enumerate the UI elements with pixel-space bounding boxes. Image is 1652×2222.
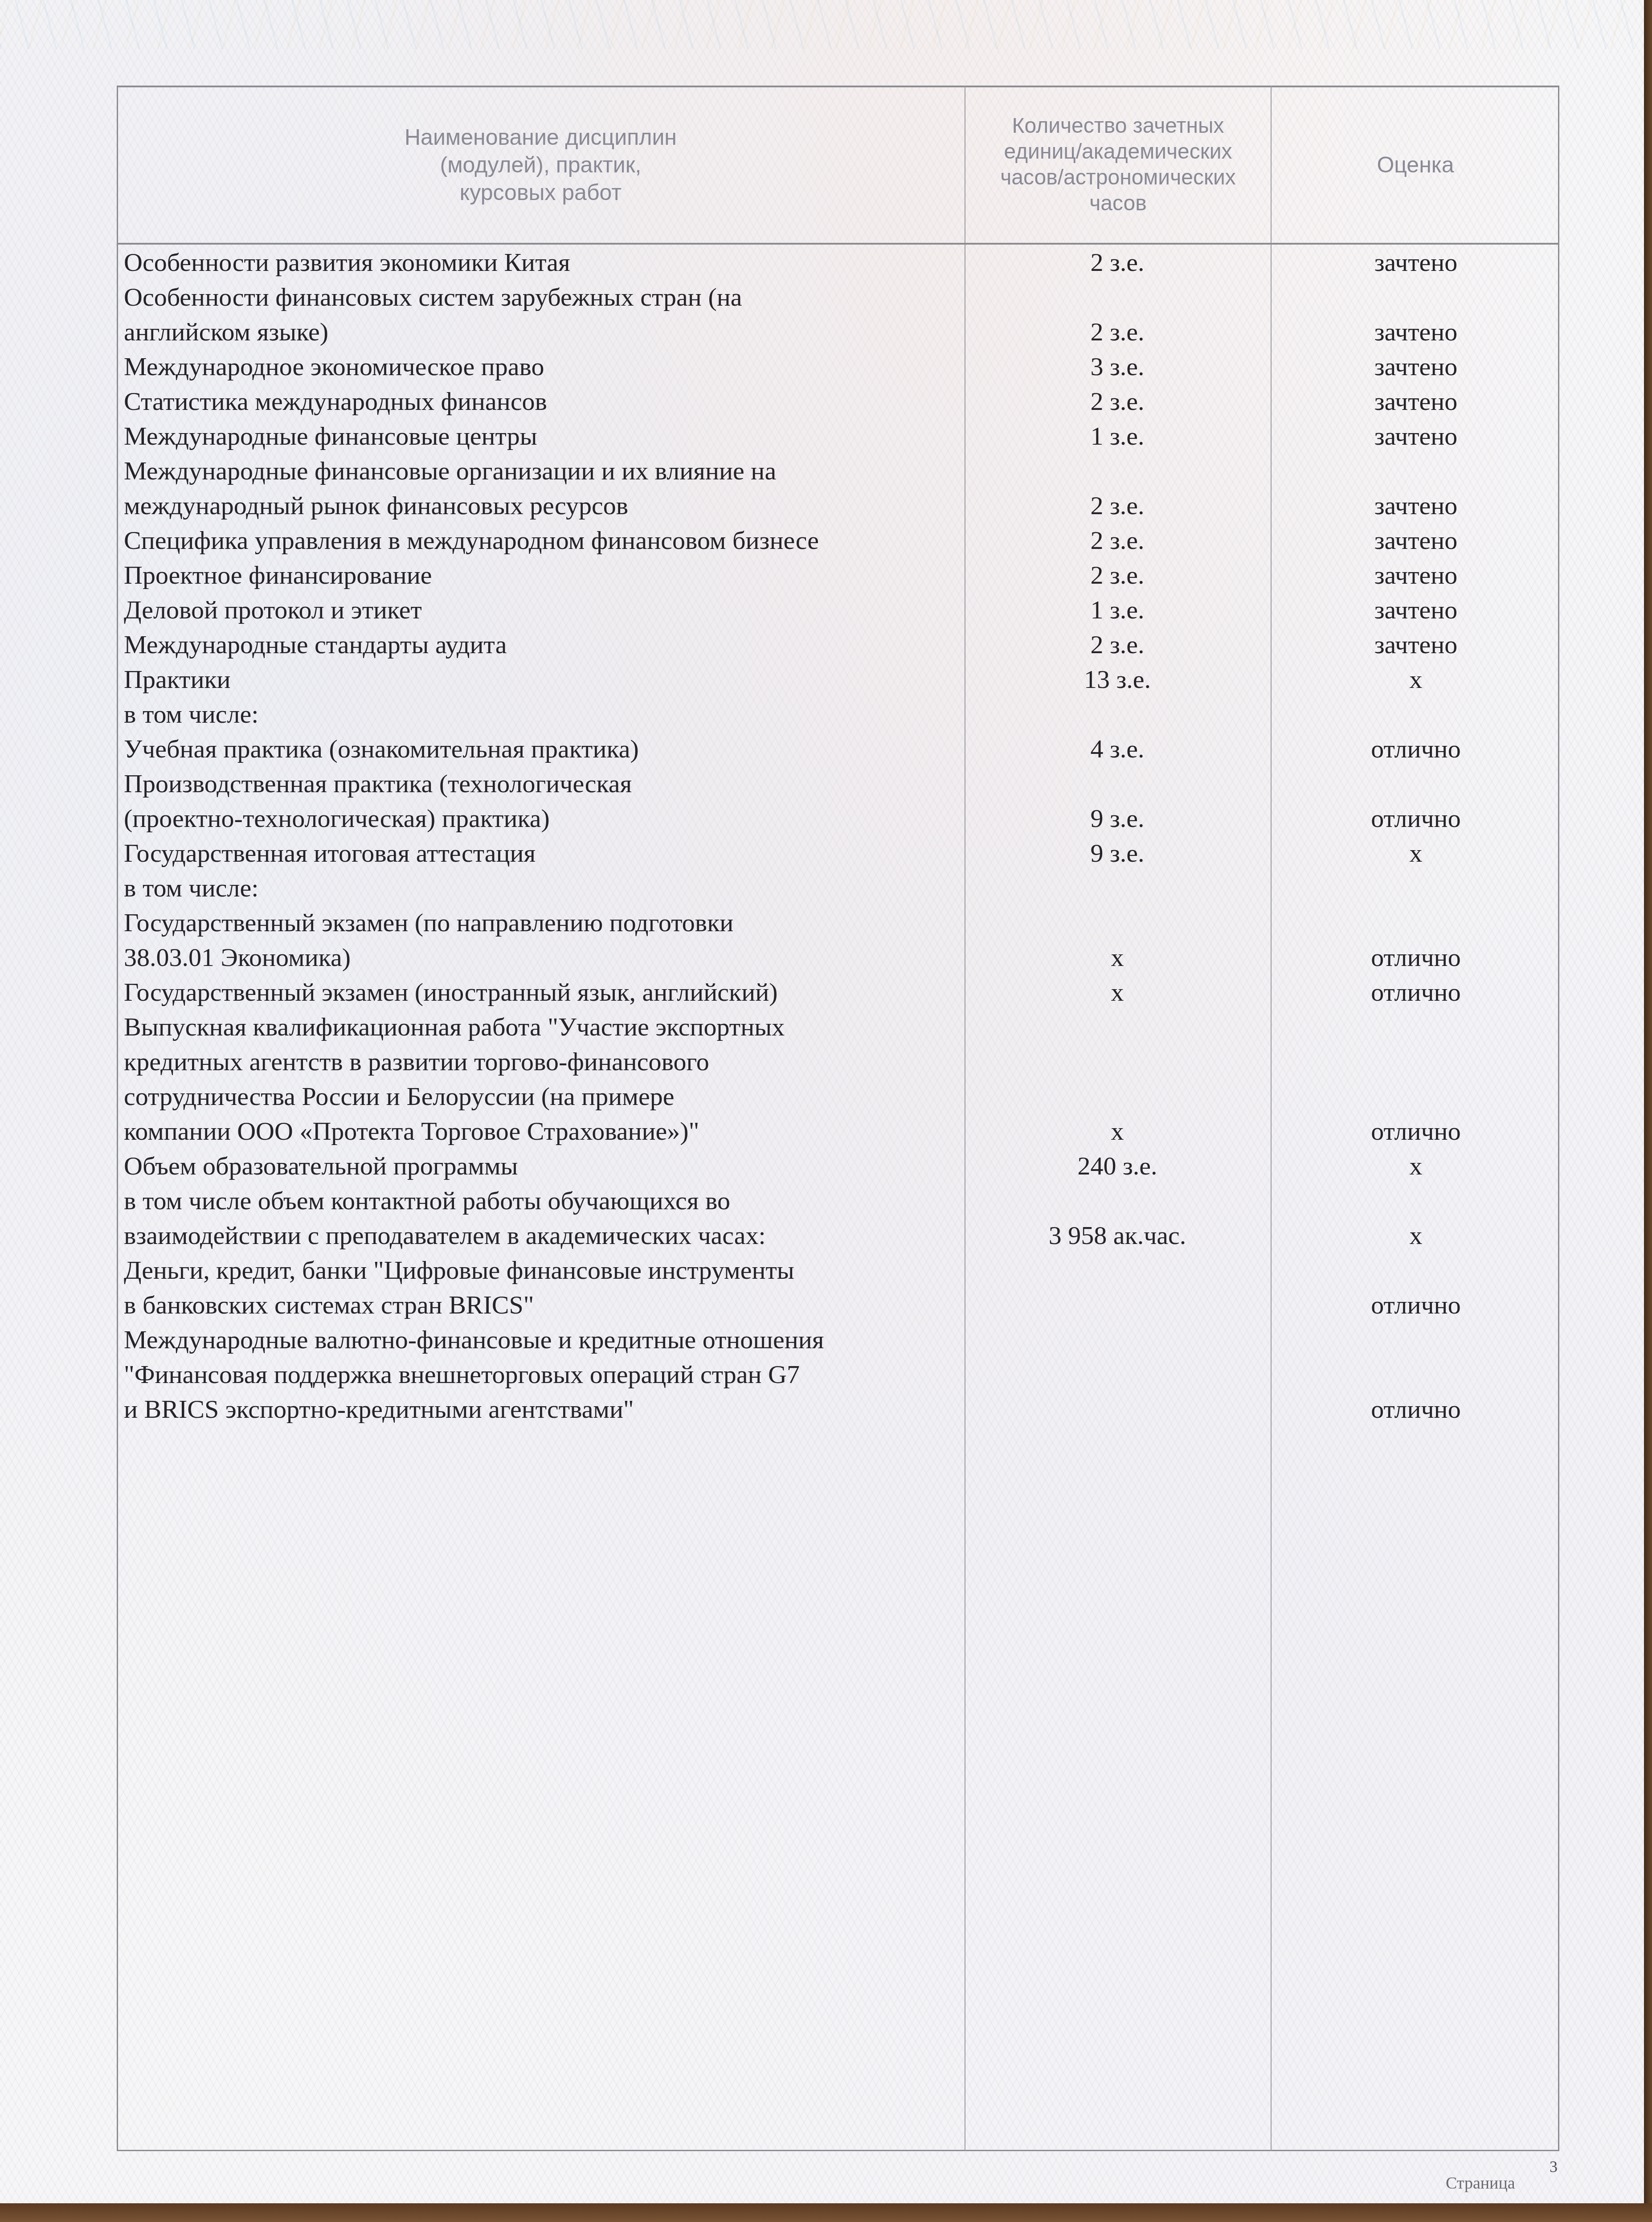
header-divider: [117, 243, 1559, 245]
credits-cell: x: [961, 975, 1273, 1010]
credits-cell: 9 з.е.: [961, 801, 1273, 836]
grade-cell: отлично: [1273, 801, 1558, 836]
discipline-name: Особенности развития экономики Китая: [124, 245, 961, 280]
discipline-name: Международные валютно-финансовые и креди…: [124, 1322, 961, 1427]
header-credits: Количество зачетных единиц/академических…: [965, 89, 1271, 241]
table-row: Выпускная квалификационная работа "Участ…: [124, 1010, 1559, 1149]
discipline-name: Деловой протокол и этикет: [124, 593, 961, 627]
grade-cell: отлично: [1273, 975, 1558, 1010]
credits-cell: 2 з.е.: [961, 627, 1273, 662]
table-row: Производственная практика (технологическ…: [124, 766, 1559, 836]
grade-cell: зачтено: [1273, 419, 1558, 454]
header-discipline: Наименование дисциплин (модулей), практи…: [117, 89, 965, 241]
discipline-name: Международные финансовые центры: [124, 419, 961, 454]
table-row: Деловой протокол и этикет1 з.е.зачтено: [124, 593, 1559, 627]
discipline-name: в том числе:: [124, 697, 961, 732]
table-row: Международное экономическое право3 з.е.з…: [124, 349, 1559, 384]
grade-cell: зачтено: [1273, 384, 1558, 419]
credits-cell: 2 з.е.: [961, 558, 1273, 593]
credits-cell: 4 з.е.: [961, 732, 1273, 766]
discipline-name: Учебная практика (ознакомительная практи…: [124, 732, 961, 766]
grade-cell: зачтено: [1273, 627, 1558, 662]
discipline-name: Государственный экзамен (иностранный язы…: [124, 975, 961, 1010]
table-row: Статистика международных финансов2 з.е.з…: [124, 384, 1559, 419]
discipline-name: Производственная практика (технологическ…: [124, 766, 961, 836]
table-row: Проектное финансирование2 з.е.зачтено: [124, 558, 1559, 593]
discipline-name: в том числе:: [124, 871, 961, 905]
credits-cell: 3 958 ак.час.: [961, 1218, 1273, 1253]
grade-cell: x: [1273, 1218, 1558, 1253]
discipline-name: в том числе объем контактной работы обуч…: [124, 1183, 961, 1253]
table-row: Государственный экзамен (по направлению …: [124, 905, 1559, 975]
grade-cell: x: [1273, 1149, 1558, 1183]
page-label: Страница: [1446, 2173, 1515, 2193]
grade-cell: отлично: [1273, 1288, 1558, 1322]
credits-cell: 2 з.е.: [961, 384, 1273, 419]
discipline-name: Государственная итоговая аттестация: [124, 836, 961, 871]
credits-cell: 3 з.е.: [961, 349, 1273, 384]
table-row: в том числе:: [124, 697, 1559, 732]
credits-cell: 1 з.е.: [961, 593, 1273, 627]
table-row: Государственная итоговая аттестация9 з.е…: [124, 836, 1559, 871]
credits-cell: 2 з.е.: [961, 245, 1273, 280]
table-row: Деньги, кредит, банки "Цифровые финансов…: [124, 1253, 1559, 1322]
grade-cell: x: [1273, 662, 1558, 697]
table-row: Международные финансовые организации и и…: [124, 454, 1559, 523]
table-row: Учебная практика (ознакомительная практи…: [124, 732, 1559, 766]
discipline-name: Объем образовательной программы: [124, 1149, 961, 1183]
table-row: в том числе:: [124, 871, 1559, 905]
grade-cell: отлично: [1273, 1114, 1558, 1149]
discipline-name: Статистика международных финансов: [124, 384, 961, 419]
page-number: 3: [1550, 2157, 1558, 2176]
grade-cell: x: [1273, 836, 1558, 871]
credits-cell: 2 з.е.: [961, 523, 1273, 558]
credits-cell: 1 з.е.: [961, 419, 1273, 454]
credits-cell: 13 з.е.: [961, 662, 1273, 697]
table-row: Практики13 з.е.x: [124, 662, 1559, 697]
grade-cell: зачтено: [1273, 488, 1558, 523]
discipline-name: Международные финансовые организации и и…: [124, 454, 961, 523]
table-row: Особенности финансовых систем зарубежных…: [124, 280, 1559, 349]
background-edge: [0, 2203, 1652, 2222]
discipline-name: Проектное финансирование: [124, 558, 961, 593]
guilloche-ornament: [0, 0, 1644, 49]
table-row: Международные валютно-финансовые и креди…: [124, 1322, 1559, 1427]
discipline-name: Международное экономическое право: [124, 349, 961, 384]
table-row: Международные стандарты аудита2 з.е.зачт…: [124, 627, 1559, 662]
grade-cell: зачтено: [1273, 523, 1558, 558]
grade-cell: отлично: [1273, 940, 1558, 975]
grade-cell: отлично: [1273, 1392, 1558, 1427]
credits-cell: 240 з.е.: [961, 1149, 1273, 1183]
grade-cell: зачтено: [1273, 593, 1558, 627]
discipline-name: Специфика управления в международном фин…: [124, 523, 961, 558]
grade-cell: зачтено: [1273, 245, 1558, 280]
table-body: Особенности развития экономики Китая2 з.…: [124, 245, 1559, 1427]
discipline-name: Практики: [124, 662, 961, 697]
diploma-supplement-page: Наименование дисциплин (модулей), практи…: [0, 0, 1644, 2203]
discipline-name: Деньги, кредит, банки "Цифровые финансов…: [124, 1253, 961, 1322]
discipline-name: Государственный экзамен (по направлению …: [124, 905, 961, 975]
credits-cell: x: [961, 1114, 1273, 1149]
table-row: Специфика управления в международном фин…: [124, 523, 1559, 558]
discipline-name: Международные стандарты аудита: [124, 627, 961, 662]
credits-cell: 2 з.е.: [961, 488, 1273, 523]
table-row: Государственный экзамен (иностранный язы…: [124, 975, 1559, 1010]
credits-cell: 2 з.е.: [961, 315, 1273, 349]
grade-cell: отлично: [1273, 732, 1558, 766]
header-grade: Оценка: [1272, 89, 1559, 241]
table-row: Особенности развития экономики Китая2 з.…: [124, 245, 1559, 280]
credits-cell: x: [961, 940, 1273, 975]
background-edge: [1644, 0, 1652, 2222]
table-row: Объем образовательной программы240 з.е.x: [124, 1149, 1559, 1183]
table-row: в том числе объем контактной работы обуч…: [124, 1183, 1559, 1253]
grade-cell: зачтено: [1273, 558, 1558, 593]
credits-cell: 9 з.е.: [961, 836, 1273, 871]
discipline-name: Выпускная квалификационная работа "Участ…: [124, 1010, 961, 1149]
grade-cell: зачтено: [1273, 349, 1558, 384]
discipline-name: Особенности финансовых систем зарубежных…: [124, 280, 961, 349]
grade-cell: зачтено: [1273, 315, 1558, 349]
table-row: Международные финансовые центры1 з.е.зач…: [124, 419, 1559, 454]
